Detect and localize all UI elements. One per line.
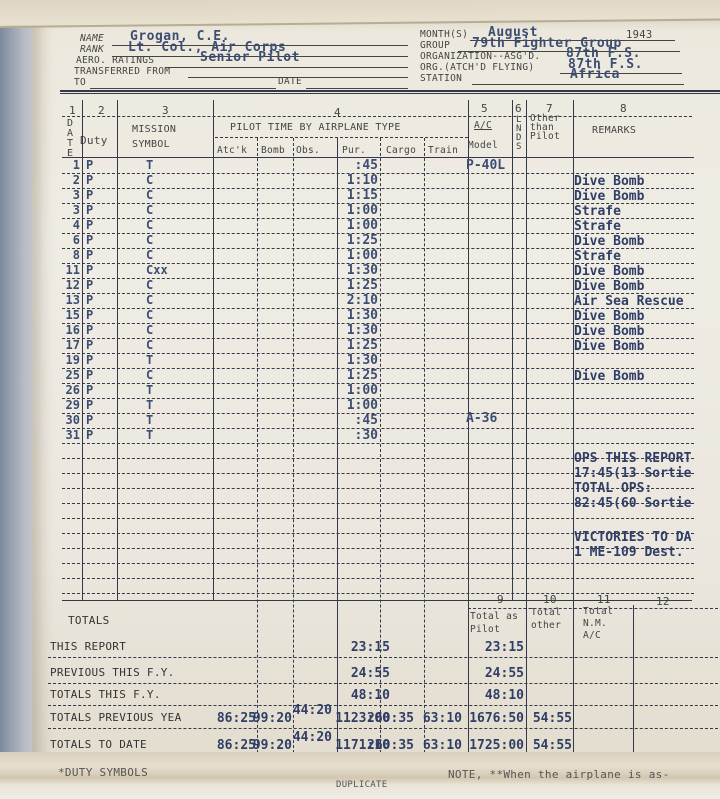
row-mission-symbol: T <box>146 353 153 367</box>
row-pursuit-time: 1:25 <box>338 233 378 248</box>
row-date: 4 <box>64 218 80 232</box>
row-duty: P <box>86 173 93 187</box>
row-duty: P <box>86 413 93 427</box>
row-duty: P <box>86 233 93 247</box>
totals-other: 54:55 <box>512 738 572 753</box>
row-mission-symbol: T <box>146 413 153 427</box>
row-remarks: Dive Bomb <box>574 264 644 279</box>
totals-as-pilot: 48:10 <box>446 688 524 703</box>
rank-label: RANK <box>80 44 104 55</box>
row-remarks: Dive Bomb <box>574 339 644 354</box>
row-remarks: Strafe <box>574 249 621 264</box>
row-date: 16 <box>64 323 80 337</box>
row-mission-symbol: C <box>146 233 153 247</box>
totals-row-divider <box>48 683 718 684</box>
to-label: TO <box>74 77 86 88</box>
col-number-4: 4 <box>334 106 341 119</box>
row-divider <box>62 563 694 564</box>
row-divider <box>62 413 694 414</box>
row-remarks: Dive Bomb <box>574 369 644 384</box>
sub-header-pur: Pur. <box>342 145 366 156</box>
totals-row-divider <box>48 705 718 706</box>
row-mission-symbol: C <box>146 188 153 202</box>
row-pursuit-time: 1:30 <box>338 263 378 278</box>
row-date: 15 <box>64 308 80 322</box>
row-remarks: Dive Bomb <box>574 189 644 204</box>
grid-v-bomb <box>293 138 294 758</box>
row-duty: P <box>86 353 93 367</box>
date-column-header: DATE <box>67 119 77 159</box>
row-remarks: Dive Bomb <box>574 174 644 189</box>
row-date: 13 <box>64 293 80 307</box>
row-mission-symbol: Cxx <box>146 263 168 277</box>
duty-symbols-label: *DUTY SYMBOLS <box>58 766 148 779</box>
ratings-value: Senior Pilot <box>200 50 300 65</box>
date-label: DATE <box>278 76 302 87</box>
row-mission-symbol: C <box>146 338 153 352</box>
row-duty: P <box>86 263 93 277</box>
row-mission-symbol: C <box>146 278 153 292</box>
transferred-from-label: TRANSFERRED FROM <box>74 66 170 77</box>
row-pursuit-time: :45 <box>338 158 378 173</box>
sub-header-attack: Atc'k <box>217 145 247 156</box>
sub-header-cargo: Cargo <box>386 145 416 156</box>
col-number-6: 6 <box>515 102 522 115</box>
row-duty: P <box>86 188 93 202</box>
row-duty: P <box>86 338 93 352</box>
row-divider <box>62 578 694 579</box>
row-date: 31 <box>64 428 80 442</box>
grid-v-date <box>82 100 83 600</box>
grid-v-model <box>512 100 513 600</box>
row-duty: P <box>86 158 93 172</box>
row-pursuit-time: 1:00 <box>338 203 378 218</box>
sub-header-train: Train <box>428 145 458 156</box>
col-number-9: 9 <box>497 593 504 606</box>
totals-pursuit: 48:10 <box>312 688 390 703</box>
station-value: Africa <box>570 67 620 82</box>
ops-this-report-label: OPS THIS REPORT <box>574 451 691 466</box>
grid-v-pur <box>380 138 381 758</box>
row-pursuit-time: 1:30 <box>338 308 378 323</box>
total-other-header: Total other <box>531 606 575 632</box>
grid-v-train <box>468 100 469 760</box>
row-mission-symbol: C <box>146 218 153 232</box>
row-remarks: Air Sea Rescue <box>574 294 684 309</box>
row-duty: P <box>86 278 93 292</box>
duty-column-header: Duty <box>80 134 108 147</box>
remarks-header: REMARKS <box>592 125 636 136</box>
total-as-pilot-header: Total as Pilot <box>470 610 526 636</box>
totals-pursuit: 24:55 <box>312 666 390 681</box>
row-duty: P <box>86 308 93 322</box>
row-duty: P <box>86 368 93 382</box>
row-divider <box>62 518 694 519</box>
row-aircraft-model: P-40L <box>466 158 505 173</box>
col-number-5: 5 <box>481 102 488 115</box>
totals-row-divider <box>48 728 718 729</box>
row-pursuit-time: 1:00 <box>338 218 378 233</box>
row-duty: P <box>86 203 93 217</box>
row-date: 26 <box>64 383 80 397</box>
col-number-12: 12 <box>656 595 670 608</box>
row-aircraft-model: A-36 <box>466 411 497 426</box>
row-date: 12 <box>64 278 80 292</box>
col-number-10: 10 <box>543 593 557 606</box>
month-label: MONTH(S) <box>420 29 468 40</box>
date-line <box>306 88 408 89</box>
row-remarks: Dive Bomb <box>574 324 644 339</box>
total-ops-value: 82:45(60 Sortie <box>574 496 691 511</box>
col-number-line <box>62 116 692 117</box>
row-mission-symbol: T <box>146 398 153 412</box>
grid-v-lnds <box>526 100 527 760</box>
row-duty: P <box>86 398 93 412</box>
row-divider <box>62 428 694 429</box>
org-flying-label: ORG.(ATCH'D FLYING) <box>420 62 534 73</box>
row-remarks: Dive Bomb <box>574 234 644 249</box>
row-remarks: Strafe <box>574 204 621 219</box>
row-duty: P <box>86 218 93 232</box>
grid-v-mission <box>213 100 214 600</box>
row-date: 1 <box>64 158 80 172</box>
row-pursuit-time: :45 <box>338 413 378 428</box>
col-number-8: 8 <box>620 102 627 115</box>
totals-row-label: TOTALS PREVIOUS YEA <box>50 711 182 724</box>
row-mission-symbol: C <box>146 248 153 262</box>
row-pursuit-time: 1:00 <box>338 383 378 398</box>
totals-row-label: TOTALS THIS F.Y. <box>50 688 161 701</box>
row-divider <box>62 353 694 354</box>
row-mission-symbol: C <box>146 173 153 187</box>
sub-header-bomb: Bomb <box>261 145 285 156</box>
row-date: 17 <box>64 338 80 352</box>
header-bottom-line <box>62 157 694 158</box>
row-duty: P <box>86 293 93 307</box>
row-mission-symbol: C <box>146 323 153 337</box>
row-pursuit-time: 1:30 <box>338 353 378 368</box>
document-content: NAME Grogan, C.E. RANK Lt. Col., Air Cor… <box>0 0 720 799</box>
totals-as-pilot: 24:55 <box>446 666 524 681</box>
row-date: 3 <box>64 188 80 202</box>
pilot-time-header: PILOT TIME BY AIRPLANE TYPE <box>230 122 401 133</box>
row-pursuit-time: 1:00 <box>338 248 378 263</box>
row-pursuit-time: 1:25 <box>338 338 378 353</box>
row-duty: P <box>86 428 93 442</box>
row-date: 25 <box>64 368 80 382</box>
row-pursuit-time: 1:10 <box>338 173 378 188</box>
sub-header-obs: Obs. <box>296 145 320 156</box>
row-duty: P <box>86 383 93 397</box>
stacked-pages-edge: *DUTY SYMBOLS DUPLICATE NOTE, **When the… <box>0 752 720 799</box>
ac-header: A/C <box>474 120 492 131</box>
row-date: 2 <box>64 173 80 187</box>
pilot-time-subline <box>215 137 468 138</box>
row-mission-symbol: T <box>146 383 153 397</box>
row-pursuit-time: 1:25 <box>338 278 378 293</box>
row-divider <box>62 443 694 444</box>
row-date: 11 <box>64 263 80 277</box>
totals-as-pilot: 23:15 <box>446 640 524 655</box>
organization-label: ORGANIZATION--ASG'D. <box>420 51 540 62</box>
grid-v-duty <box>117 100 118 600</box>
other-than-pilot-header: Other than Pilot <box>530 114 574 141</box>
total-nm-ac-header: Total N.M. A/C <box>583 606 629 642</box>
victories-label: VICTORIES TO DA <box>574 530 691 545</box>
header-divider <box>60 90 720 92</box>
station-line <box>472 84 684 85</box>
note-text: NOTE, **When the airplane is as- <box>448 768 670 781</box>
row-remarks: Dive Bomb <box>574 309 644 324</box>
header-divider-2 <box>60 93 720 94</box>
totals-row-label: THIS REPORT <box>50 640 126 653</box>
row-divider <box>62 383 694 384</box>
row-mission-symbol: C <box>146 308 153 322</box>
row-pursuit-time: 2:10 <box>338 293 378 308</box>
row-date: 19 <box>64 353 80 367</box>
to-line <box>90 88 276 89</box>
mission-symbol-header: MISSION SYMBOL <box>132 122 204 152</box>
row-date: 3 <box>64 203 80 217</box>
row-pursuit-time: 1:00 <box>338 398 378 413</box>
grid-v-attack <box>257 138 258 758</box>
row-divider <box>62 398 694 399</box>
model-header: Model <box>468 140 498 151</box>
row-mission-symbol: C <box>146 203 153 217</box>
total-ops-label: TOTAL OPS: <box>574 481 652 496</box>
row-mission-symbol: T <box>146 158 153 172</box>
row-date: 29 <box>64 398 80 412</box>
row-pursuit-time: 1:25 <box>338 368 378 383</box>
totals-pursuit: 23:15 <box>312 640 390 655</box>
row-mission-symbol: T <box>146 428 153 442</box>
row-date: 8 <box>64 248 80 262</box>
name-label: NAME <box>80 33 104 44</box>
landings-header: LNDS <box>516 116 523 152</box>
row-pursuit-time: 1:30 <box>338 323 378 338</box>
row-remarks: Strafe <box>574 219 621 234</box>
row-duty: P <box>86 323 93 337</box>
row-date: 6 <box>64 233 80 247</box>
group-label: GROUP <box>420 40 450 51</box>
ratings-label: AERO. RATINGS <box>76 55 154 66</box>
station-label: STATION <box>420 73 462 84</box>
col-number-11: 11 <box>597 593 611 606</box>
row-mission-symbol: C <box>146 368 153 382</box>
row-remarks: Dive Bomb <box>574 279 644 294</box>
row-mission-symbol: C <box>146 293 153 307</box>
row-duty: P <box>86 248 93 262</box>
totals-title: TOTALS <box>68 614 110 627</box>
duplicate-label: DUPLICATE <box>336 780 387 790</box>
grid-v-cargo <box>424 138 425 758</box>
row-pursuit-time: 1:15 <box>338 188 378 203</box>
totals-row-label: TOTALS TO DATE <box>50 738 147 751</box>
victories-value: 1 ME-109 Dest. <box>574 545 684 560</box>
totals-row-label: PREVIOUS THIS F.Y. <box>50 666 175 679</box>
totals-row-divider <box>48 657 718 658</box>
ratings-line <box>166 67 408 68</box>
ops-this-report-value: 17:45(13 Sortie <box>574 466 691 481</box>
totals-other: 54:55 <box>512 711 572 726</box>
row-date: 30 <box>64 413 80 427</box>
row-pursuit-time: :30 <box>338 428 378 443</box>
